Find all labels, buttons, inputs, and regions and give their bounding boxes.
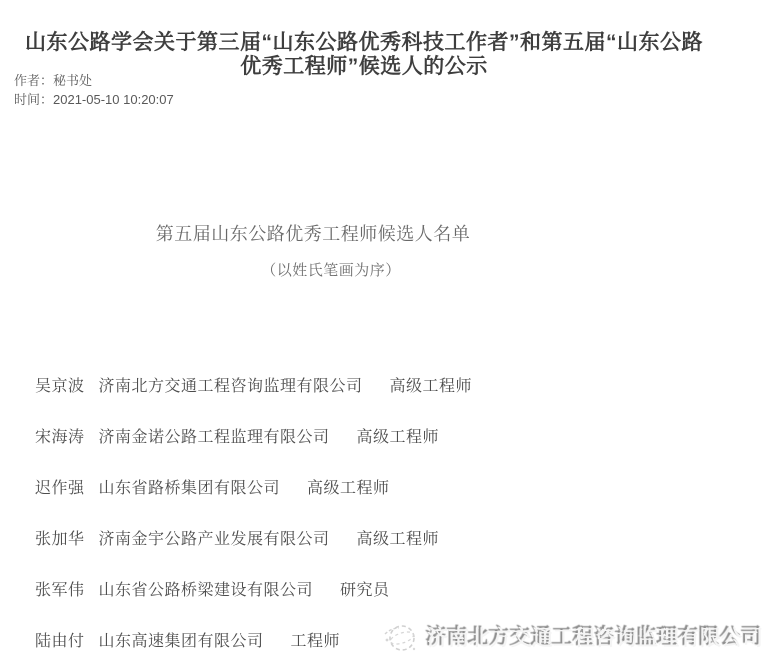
candidate-name: 张加华 [35, 531, 85, 548]
candidate-row: 吴京波济南北方交通工程咨询监理有限公司高级工程师 [35, 373, 472, 424]
time-value: 2021-05-10 10:20:07 [53, 92, 174, 107]
candidate-job-title: 研究员 [340, 582, 390, 599]
candidate-job-title: 高级工程师 [390, 378, 473, 395]
author-value: 秘书处 [53, 73, 92, 88]
candidate-company: 山东高速集团有限公司 [99, 633, 264, 650]
candidate-company: 山东省路桥集团有限公司 [99, 480, 281, 497]
candidate-name: 宋海涛 [35, 429, 85, 446]
candidate-row: 张加华济南金宇公路产业发展有限公司高级工程师 [35, 526, 472, 577]
candidate-job-title: 高级工程师 [307, 480, 390, 497]
section-heading: 第五届山东公路优秀工程师候选人名单 [0, 220, 626, 246]
candidate-name: 张军伟 [35, 582, 85, 599]
candidate-row: 迟作强山东省路桥集团有限公司高级工程师 [35, 475, 472, 526]
announcement-page: 山东公路学会关于第三届“山东公路优秀科技工作者”和第五届“山东公路 优秀工程师”… [0, 0, 764, 671]
section-subheading: （以姓氏笔画为序） [0, 259, 662, 280]
time-row: 时间：2021-05-10 10:20:07 [14, 90, 174, 109]
candidate-company: 济南金诺公路工程监理有限公司 [99, 429, 330, 446]
author-row: 作者：秘书处 [14, 71, 174, 90]
watermark-company-name: 济南北方交通工程咨询监理有限公司 [427, 622, 763, 652]
candidate-company: 济南北方交通工程咨询监理有限公司 [99, 378, 363, 395]
candidate-company: 山东省公路桥梁建设有限公司 [99, 582, 314, 599]
candidate-company: 济南金宇公路产业发展有限公司 [99, 531, 330, 548]
candidate-job-title: 高级工程师 [357, 429, 440, 446]
author-label: 作者： [14, 73, 53, 88]
candidate-row: 宋海涛济南金诺公路工程监理有限公司高级工程师 [35, 424, 472, 475]
company-watermark: 济南北方交通工程咨询监理有限公司 [381, 616, 763, 658]
candidate-name: 吴京波 [35, 378, 85, 395]
candidate-job-title: 工程师 [291, 633, 341, 650]
article-meta: 作者：秘书处 时间：2021-05-10 10:20:07 [14, 71, 174, 109]
page-title-line-1: 山东公路学会关于第三届“山东公路优秀科技工作者”和第五届“山东公路 [14, 31, 714, 55]
globe-emblem-icon [381, 616, 421, 658]
candidate-name: 陆由付 [35, 633, 85, 650]
candidate-job-title: 高级工程师 [357, 531, 440, 548]
candidate-name: 迟作强 [35, 480, 85, 497]
time-label: 时间： [14, 92, 53, 107]
